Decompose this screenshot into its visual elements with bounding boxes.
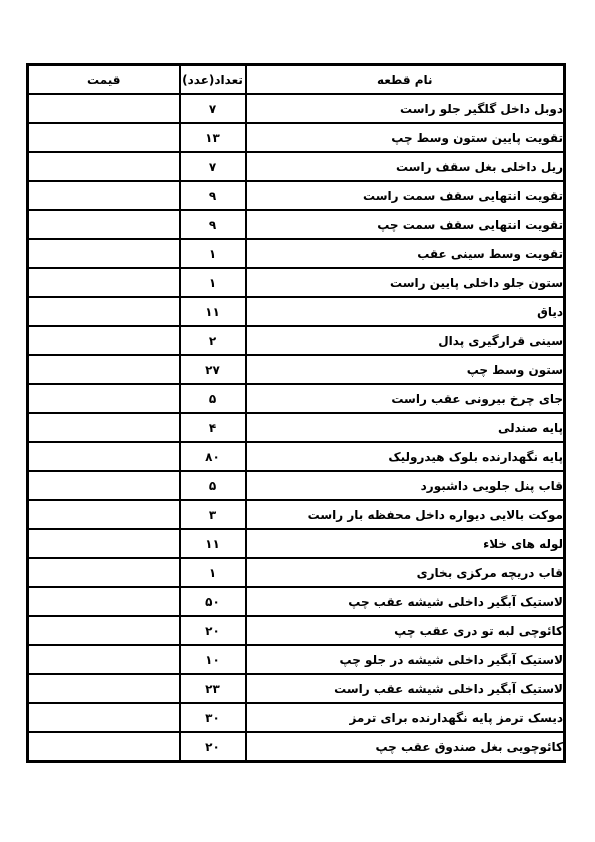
part-name-cell: قاب دریچه مرکزی بخاری — [246, 558, 565, 587]
table-row: لوله های خلاء ۱۱ — [28, 529, 565, 558]
quantity-cell: ۱ — [180, 268, 246, 297]
price-cell — [28, 529, 180, 558]
part-name-cell: پایه نگهدارنده بلوک هیدرولیک — [246, 442, 565, 471]
price-cell — [28, 355, 180, 384]
quantity-cell: ۳ — [180, 500, 246, 529]
quantity-cell: ۲۰ — [180, 616, 246, 645]
col-header-quantity: تعداد(عدد) — [180, 65, 246, 95]
part-name-cell: تقویت وسط سینی عقب — [246, 239, 565, 268]
table-row: سینی قرارگیری پدال ۲ — [28, 326, 565, 355]
quantity-cell: ۱۱ — [180, 297, 246, 326]
price-cell — [28, 674, 180, 703]
table-row: ستون جلو داخلی پایین راست ۱ — [28, 268, 565, 297]
table-row: لاستیک آبگیر داخلی شیشه عقب راست ۲۳ — [28, 674, 565, 703]
quantity-cell: ۱۳ — [180, 123, 246, 152]
table-row: کائوچی لبه تو دری عقب چپ ۲۰ — [28, 616, 565, 645]
quantity-cell: ۵۰ — [180, 587, 246, 616]
table-row: قاب دریچه مرکزی بخاری ۱ — [28, 558, 565, 587]
price-cell — [28, 413, 180, 442]
header-row: نام قطعه تعداد(عدد) قیمت — [28, 65, 565, 95]
col-header-part-name: نام قطعه — [246, 65, 565, 95]
part-name-cell: جای چرخ بیرونی عقب راست — [246, 384, 565, 413]
price-cell — [28, 442, 180, 471]
quantity-cell: ۵ — [180, 384, 246, 413]
price-cell — [28, 94, 180, 123]
part-name-cell: ریل داخلی بغل سقف راست — [246, 152, 565, 181]
part-name-cell: لاستیک آبگیر داخلی شیشه عقب چپ — [246, 587, 565, 616]
table-row: کائوچویی بغل صندوق عقب چپ ۲۰ — [28, 732, 565, 762]
quantity-cell: ۵ — [180, 471, 246, 500]
table-row: ریل داخلی بغل سقف راست ۷ — [28, 152, 565, 181]
col-header-price: قیمت — [28, 65, 180, 95]
price-cell — [28, 297, 180, 326]
quantity-cell: ۲۰ — [180, 732, 246, 762]
part-name-cell: تقویت پایین ستون وسط چپ — [246, 123, 565, 152]
parts-table: نام قطعه تعداد(عدد) قیمت دوبل داخل گلگیر… — [26, 63, 566, 763]
table-row: دیسک ترمز پایه نگهدارنده برای ترمز ۳۰ — [28, 703, 565, 732]
table-row: پایه صندلی ۴ — [28, 413, 565, 442]
table-row: دوبل داخل گلگیر جلو راست ۷ — [28, 94, 565, 123]
quantity-cell: ۳۰ — [180, 703, 246, 732]
part-name-cell: تقویت انتهایی سقف سمت راست — [246, 181, 565, 210]
quantity-cell: ۸۰ — [180, 442, 246, 471]
part-name-cell: لاستیک آبگیر داخلی شیشه در جلو چپ — [246, 645, 565, 674]
table-row: تقویت انتهایی سقف سمت راست ۹ — [28, 181, 565, 210]
part-name-cell: سینی قرارگیری پدال — [246, 326, 565, 355]
price-cell — [28, 326, 180, 355]
table-row: لاستیک آبگیر داخلی شیشه در جلو چپ ۱۰ — [28, 645, 565, 674]
quantity-cell: ۱۱ — [180, 529, 246, 558]
table-row: تقویت پایین ستون وسط چپ ۱۳ — [28, 123, 565, 152]
price-cell — [28, 471, 180, 500]
table-row: موکت بالایی دیواره داخل محفظه بار راست ۳ — [28, 500, 565, 529]
part-name-cell: ستون وسط چپ — [246, 355, 565, 384]
price-cell — [28, 239, 180, 268]
table-row: دیاق ۱۱ — [28, 297, 565, 326]
price-cell — [28, 123, 180, 152]
quantity-cell: ۲۳ — [180, 674, 246, 703]
quantity-cell: ۱ — [180, 558, 246, 587]
quantity-cell: ۹ — [180, 181, 246, 210]
quantity-cell: ۱۰ — [180, 645, 246, 674]
part-name-cell: دیاق — [246, 297, 565, 326]
part-name-cell: کائوچویی بغل صندوق عقب چپ — [246, 732, 565, 762]
quantity-cell: ۱ — [180, 239, 246, 268]
quantity-cell: ۴ — [180, 413, 246, 442]
part-name-cell: تقویت انتهایی سقف سمت چپ — [246, 210, 565, 239]
part-name-cell: لوله های خلاء — [246, 529, 565, 558]
quantity-cell: ۹ — [180, 210, 246, 239]
quantity-cell: ۲ — [180, 326, 246, 355]
table-row: تقویت وسط سینی عقب ۱ — [28, 239, 565, 268]
price-cell — [28, 558, 180, 587]
part-name-cell: پایه صندلی — [246, 413, 565, 442]
table-row: لاستیک آبگیر داخلی شیشه عقب چپ ۵۰ — [28, 587, 565, 616]
price-cell — [28, 587, 180, 616]
table-row: پایه نگهدارنده بلوک هیدرولیک ۸۰ — [28, 442, 565, 471]
price-cell — [28, 152, 180, 181]
price-cell — [28, 703, 180, 732]
parts-table-body: دوبل داخل گلگیر جلو راست ۷ تقویت پایین س… — [28, 94, 565, 762]
quantity-cell: ۷ — [180, 94, 246, 123]
table-row: تقویت انتهایی سقف سمت چپ ۹ — [28, 210, 565, 239]
part-name-cell: لاستیک آبگیر داخلی شیشه عقب راست — [246, 674, 565, 703]
quantity-cell: ۷ — [180, 152, 246, 181]
part-name-cell: دوبل داخل گلگیر جلو راست — [246, 94, 565, 123]
price-cell — [28, 645, 180, 674]
part-name-cell: موکت بالایی دیواره داخل محفظه بار راست — [246, 500, 565, 529]
table-row: جای چرخ بیرونی عقب راست ۵ — [28, 384, 565, 413]
price-cell — [28, 384, 180, 413]
part-name-cell: کائوچی لبه تو دری عقب چپ — [246, 616, 565, 645]
price-cell — [28, 500, 180, 529]
price-cell — [28, 616, 180, 645]
table-row: قاب پنل جلویی داشبورد ۵ — [28, 471, 565, 500]
document-page: نام قطعه تعداد(عدد) قیمت دوبل داخل گلگیر… — [0, 0, 595, 842]
table-row: ستون وسط چپ ۲۷ — [28, 355, 565, 384]
part-name-cell: قاب پنل جلویی داشبورد — [246, 471, 565, 500]
price-cell — [28, 268, 180, 297]
part-name-cell: دیسک ترمز پایه نگهدارنده برای ترمز — [246, 703, 565, 732]
price-cell — [28, 732, 180, 762]
parts-table-header: نام قطعه تعداد(عدد) قیمت — [28, 65, 565, 95]
quantity-cell: ۲۷ — [180, 355, 246, 384]
part-name-cell: ستون جلو داخلی پایین راست — [246, 268, 565, 297]
price-cell — [28, 210, 180, 239]
price-cell — [28, 181, 180, 210]
